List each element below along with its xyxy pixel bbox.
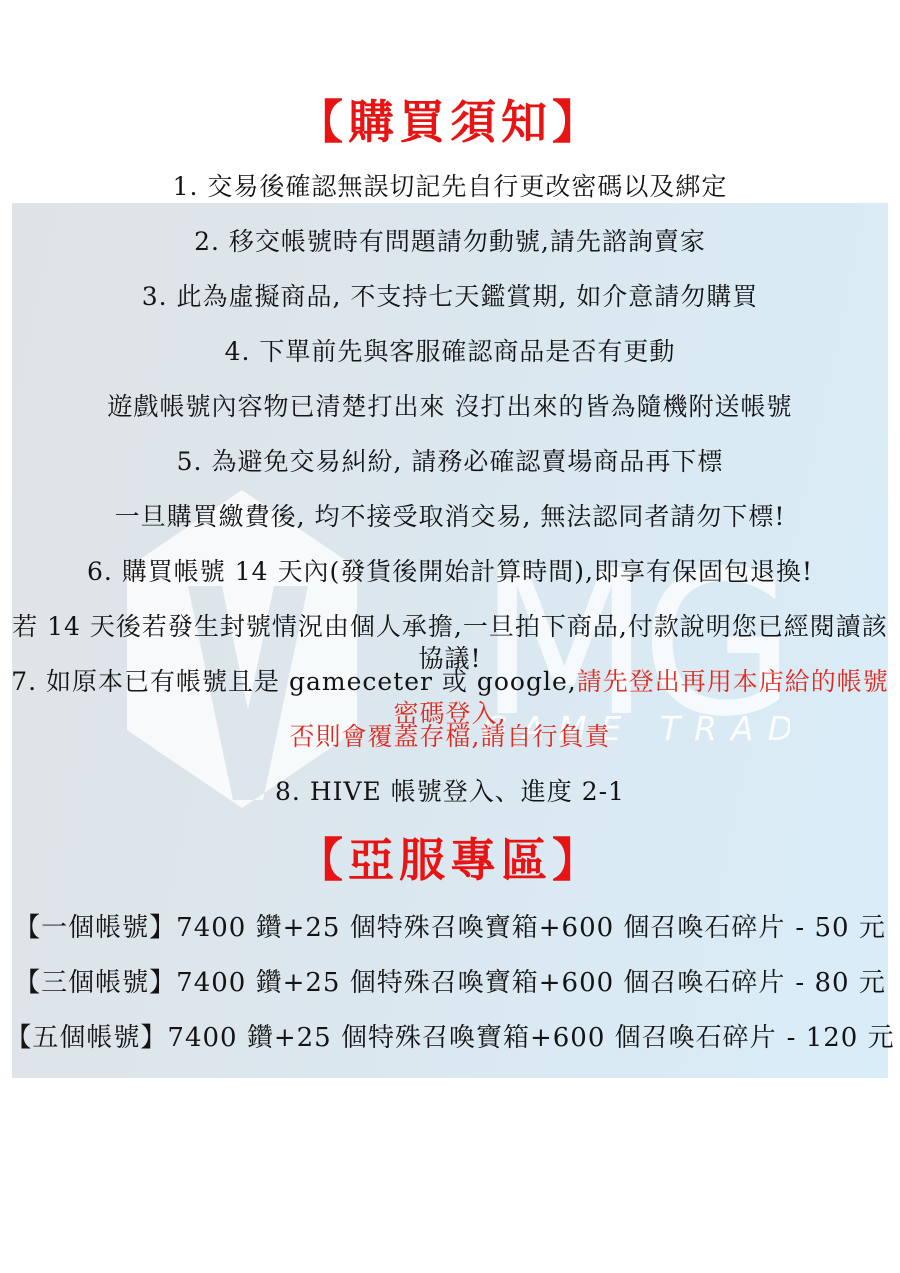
notice-line-4: 4. 下單前先與客服確認商品是否有更動 (0, 336, 900, 368)
notice-line-4b: 遊戲帳號內容物已清楚打出來 沒打出來的皆為隨機附送帳號 (0, 391, 900, 423)
notice-line-3: 3. 此為虛擬商品, 不支持七天鑑賞期, 如介意請勿購買 (0, 281, 900, 313)
notice-line-text: 一旦購買繳費後, 均不接受取消交易, 無法認同者請勿下標! (115, 502, 786, 531)
notice-line-text: 遊戲帳號內容物已清楚打出來 沒打出來的皆為隨機附送帳號 (108, 392, 793, 421)
notice-line-text: 4. 下單前先與客服確認商品是否有更動 (225, 337, 676, 366)
asia-section-title: 【亞服專區】 (0, 832, 900, 888)
notice-line-text: 1. 交易後確認無誤切記先自行更改密碼以及綁定 (173, 172, 728, 201)
notice-line-text: 7. 如原本已有帳號且是 gameceter 或 google, (11, 667, 577, 696)
offer-label: 【一個帳號】 (14, 913, 176, 943)
notice-line-warning-text: 否則會覆蓋存檔,請自行負責 (290, 722, 611, 751)
offer-price: - 80 元 (795, 968, 885, 998)
offer-label: 【五個帳號】 (5, 1023, 167, 1053)
notice-line-text: 3. 此為虛擬商品, 不支持七天鑑賞期, 如介意請勿購買 (142, 282, 759, 311)
notice-line-text: 若 14 天後若發生封號情況由個人承擔,一旦拍下商品,付款說明您已經閱讀該協議! (12, 612, 888, 673)
notice-line-6: 6. 購買帳號 14 天內(發貨後開始計算時間),即享有保固包退換! (0, 556, 900, 588)
notice-line-text: 2. 移交帳號時有問題請勿動號,請先諮詢賣家 (194, 227, 706, 256)
notice-line-text: 6. 購買帳號 14 天內(發貨後開始計算時間),即享有保固包退換! (87, 557, 813, 586)
notice-line-7b: 否則會覆蓋存檔,請自行負責 (0, 721, 900, 753)
notice-line-2: 2. 移交帳號時有問題請勿動號,請先諮詢賣家 (0, 226, 900, 258)
offer-bundle: 7400 鑽+25 個特殊召喚寶箱+600 個召喚石碎片 (176, 968, 785, 998)
notice-line-5: 5. 為避免交易糾紛, 請務必確認賣場商品再下標 (0, 446, 900, 478)
notice-line-8: 8. HIVE 帳號登入、進度 2-1 (0, 776, 900, 808)
notice-line-text: 5. 為避免交易糾紛, 請務必確認賣場商品再下標 (177, 447, 724, 476)
offer-label: 【三個帳號】 (14, 968, 176, 998)
offer-line-three-accounts: 【三個帳號】7400 鑽+25 個特殊召喚寶箱+600 個召喚石碎片- 80 元 (0, 967, 900, 999)
offer-line-one-account: 【一個帳號】7400 鑽+25 個特殊召喚寶箱+600 個召喚石碎片- 50 元 (0, 912, 900, 944)
notice-title: 【購買須知】 (0, 94, 900, 150)
notice-line-1: 1. 交易後確認無誤切記先自行更改密碼以及綁定 (0, 171, 900, 203)
offer-price: - 50 元 (795, 913, 885, 943)
offer-price: - 120 元 (787, 1023, 895, 1053)
notice-line-text: 8. HIVE 帳號登入、進度 2-1 (275, 777, 625, 806)
notice-line-5b: 一旦購買繳費後, 均不接受取消交易, 無法認同者請勿下標! (0, 501, 900, 533)
offer-bundle: 7400 鑽+25 個特殊召喚寶箱+600 個召喚石碎片 (167, 1023, 776, 1053)
offer-line-five-accounts: 【五個帳號】7400 鑽+25 個特殊召喚寶箱+600 個召喚石碎片- 120 … (0, 1022, 900, 1054)
offer-bundle: 7400 鑽+25 個特殊召喚寶箱+600 個召喚石碎片 (176, 913, 785, 943)
